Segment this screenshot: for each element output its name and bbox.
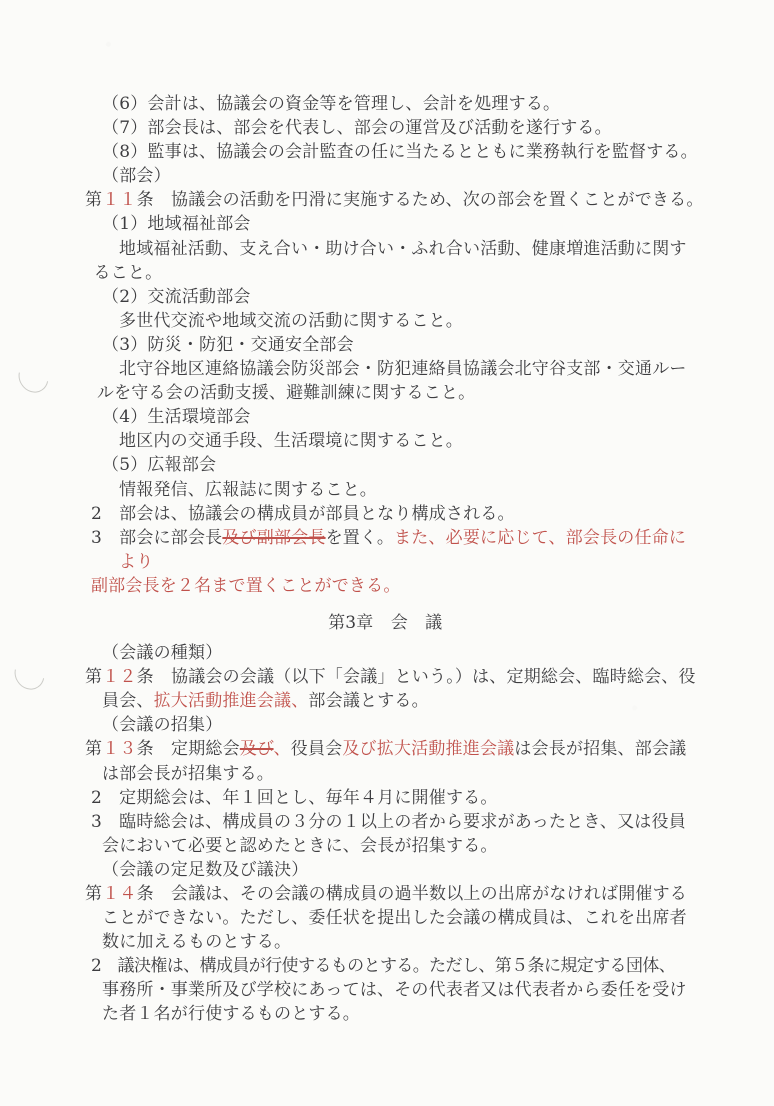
text-segment: （8）監事は、協議会の会計監査の任に当たるとともに業務執行を監督する。 xyxy=(102,142,698,162)
text-segment: は会長が招集、部会議 xyxy=(514,739,686,759)
text-segment: 部会議とする。 xyxy=(308,691,428,711)
text-segment: 条 協議会の会議（以下「会議」という。）は、定期総会、臨時総会、役 xyxy=(137,667,696,687)
text-segment: （会議の定足数及び議決） xyxy=(102,860,308,880)
text-segment: （6）会計は、協議会の資金等を管理し、会計を処理する。 xyxy=(102,94,560,114)
article-number: １４ xyxy=(102,884,136,904)
text-segment: を置く。 xyxy=(326,528,394,548)
deleted-text: 及び副部会長 xyxy=(222,528,325,548)
text-segment: 第 xyxy=(85,190,102,210)
text-segment: ことができない。ただし、委任状を提出した会議の構成員は、これを出席者 xyxy=(102,908,687,928)
text-segment: 2 議決権は、構成員が行使するものとする。ただし、第５条に規定する団体、 xyxy=(91,956,675,976)
document-line: （3）防災・防犯・交通安全部会 xyxy=(85,333,725,357)
document-line: （会議の種類） xyxy=(85,641,725,665)
document-line: ルを守る会の活動支援、避難訓練に関すること。 xyxy=(85,381,725,405)
document-line: （部会） xyxy=(85,164,725,188)
text-segment: （4）生活環境部会 xyxy=(102,407,251,427)
scan-artifact-crescent xyxy=(9,653,51,696)
text-segment: 第 xyxy=(85,739,102,759)
document-line: 副部会長を２名まで置くことができる。 xyxy=(85,574,725,598)
text-segment: （会議の種類） xyxy=(102,643,222,663)
document-body: （6）会計は、協議会の資金等を管理し、会計を処理する。（7）部会長は、部会を代表… xyxy=(85,92,725,1027)
text-segment: 第3章 会 議 xyxy=(328,613,442,633)
text-segment: 員会、 xyxy=(102,691,154,711)
text-segment: （3）防災・防犯・交通安全部会 xyxy=(102,335,354,355)
text-segment: 条 会議は、その会議の構成員の過半数以上の出席がなければ開催する xyxy=(137,884,687,904)
article-number: １１ xyxy=(102,190,136,210)
inserted-text: 、 xyxy=(274,739,291,759)
chapter-heading: 第3章 会 議 xyxy=(85,611,725,635)
document-line: 情報発信、広報誌に関すること。 xyxy=(85,478,725,502)
document-line: （7）部会長は、部会を代表し、部会の運営及び活動を遂行する。 xyxy=(85,116,725,140)
deleted-text: 及び xyxy=(240,739,274,759)
text-segment: 第 xyxy=(85,667,102,687)
text-segment: た者１名が行使するものとする。 xyxy=(102,1004,360,1024)
inserted-text: 及び拡大活動推進会議 xyxy=(342,739,514,759)
text-segment: 地区内の交通手段、生活環境に関すること。 xyxy=(119,431,463,451)
document-line: 2 定期総会は、年１回とし、毎年４月に開催する。 xyxy=(85,786,725,810)
document-line: た者１名が行使するものとする。 xyxy=(85,1002,725,1026)
text-segment: 2 定期総会は、年１回とし、毎年４月に開催する。 xyxy=(91,788,498,808)
article-number: １３ xyxy=(102,739,136,759)
document-line: （2）交流活動部会 xyxy=(85,285,725,309)
text-segment: （2）交流活動部会 xyxy=(102,287,251,307)
document-line: より xyxy=(85,550,725,574)
document-line: 会において必要と認めたときに、会長が招集する。 xyxy=(85,834,725,858)
document-line: （4）生活環境部会 xyxy=(85,405,725,429)
text-segment: （会議の招集） xyxy=(102,715,222,735)
document-line: 多世代交流や地域交流の活動に関すること。 xyxy=(85,309,725,333)
text-segment: 条 定期総会 xyxy=(137,739,240,759)
inserted-text: 副部会長を２名まで置くことができる。 xyxy=(91,576,401,596)
document-line: （5）広報部会 xyxy=(85,453,725,477)
text-segment: （部会） xyxy=(102,166,171,186)
text-segment: 条 協議会の活動を円滑に実施するため、次の部会を置くことができる。 xyxy=(137,190,704,210)
document-line: 地区内の交通手段、生活環境に関すること。 xyxy=(85,429,725,453)
text-segment: 地域福祉活動、支え合い・助け合い・ふれ合い活動、健康増進活動に関す xyxy=(119,239,687,259)
document-line: 第１１条 協議会の活動を円滑に実施するため、次の部会を置くことができる。 xyxy=(85,188,725,212)
text-segment: 第 xyxy=(85,884,102,904)
text-segment: 2 部会は、協議会の構成員が部員となり構成される。 xyxy=(91,504,515,524)
inserted-text: 拡大活動推進会議、 xyxy=(154,691,309,711)
document-line: （8）監事は、協議会の会計監査の任に当たるとともに業務執行を監督する。 xyxy=(85,140,725,164)
text-segment: 役員会 xyxy=(291,739,343,759)
scan-artifact-crescent xyxy=(13,356,55,399)
text-segment: 北守谷地区連絡協議会防災部会・防犯連絡員協議会北守谷支部・交通ルー xyxy=(119,359,687,379)
inserted-text: より xyxy=(119,552,153,572)
document-line: は部会長が招集する。 xyxy=(85,762,725,786)
text-segment: 会において必要と認めたときに、会長が招集する。 xyxy=(102,836,498,856)
document-line: （6）会計は、協議会の資金等を管理し、会計を処理する。 xyxy=(85,92,725,116)
document-line: 地域福祉活動、支え合い・助け合い・ふれ合い活動、健康増進活動に関す xyxy=(85,237,725,261)
document-line: 北守谷地区連絡協議会防災部会・防犯連絡員協議会北守谷支部・交通ルー xyxy=(85,357,725,381)
document-line: （1）地域福祉部会 xyxy=(85,212,725,236)
text-segment: ること。 xyxy=(94,263,163,283)
document-line: 数に加えるものとする。 xyxy=(85,930,725,954)
document-line: 員会、拡大活動推進会議、部会議とする。 xyxy=(85,689,725,713)
text-segment: 3 臨時総会は、構成員の３分の１以上の者から要求があったとき、又は役員 xyxy=(91,812,686,832)
scanned-document-page: （6）会計は、協議会の資金等を管理し、会計を処理する。（7）部会長は、部会を代表… xyxy=(0,0,774,1106)
text-segment: 3 部会に部会長 xyxy=(91,528,222,548)
inserted-text: また、必要に応じて、部会長の任命に xyxy=(394,528,686,548)
document-line: （会議の定足数及び議決） xyxy=(85,858,725,882)
text-segment: 情報発信、広報誌に関すること。 xyxy=(119,480,377,500)
article-number: １２ xyxy=(102,667,136,687)
document-line: ことができない。ただし、委任状を提出した会議の構成員は、これを出席者 xyxy=(85,906,725,930)
document-line: 3 臨時総会は、構成員の３分の１以上の者から要求があったとき、又は役員 xyxy=(85,810,725,834)
text-segment: 数に加えるものとする。 xyxy=(102,932,291,952)
text-segment: は部会長が招集する。 xyxy=(102,764,274,784)
document-line: 第１２条 協議会の会議（以下「会議」という。）は、定期総会、臨時総会、役 xyxy=(85,665,725,689)
document-line: 3 部会に部会長及び副部会長を置く。また、必要に応じて、部会長の任命に xyxy=(85,526,725,550)
text-segment: 事務所・事業所及び学校にあっては、その代表者又は代表者から委任を受け xyxy=(102,980,687,1000)
document-line: 2 部会は、協議会の構成員が部員となり構成される。 xyxy=(85,502,725,526)
document-line: ること。 xyxy=(85,261,725,285)
text-segment: ルを守る会の活動支援、避難訓練に関すること。 xyxy=(97,383,475,403)
document-line: 2 議決権は、構成員が行使するものとする。ただし、第５条に規定する団体、 xyxy=(85,954,725,978)
text-segment: （7）部会長は、部会を代表し、部会の運営及び活動を遂行する。 xyxy=(102,118,612,138)
document-line: 第１４条 会議は、その会議の構成員の過半数以上の出席がなければ開催する xyxy=(85,882,725,906)
text-segment: （5）広報部会 xyxy=(102,455,216,475)
text-segment: 多世代交流や地域交流の活動に関すること。 xyxy=(119,311,463,331)
document-line: （会議の招集） xyxy=(85,713,725,737)
document-line: 事務所・事業所及び学校にあっては、その代表者又は代表者から委任を受け xyxy=(85,978,725,1002)
document-line: 第１３条 定期総会及び、役員会及び拡大活動推進会議は会長が招集、部会議 xyxy=(85,737,725,761)
text-segment: （1）地域福祉部会 xyxy=(102,214,251,234)
